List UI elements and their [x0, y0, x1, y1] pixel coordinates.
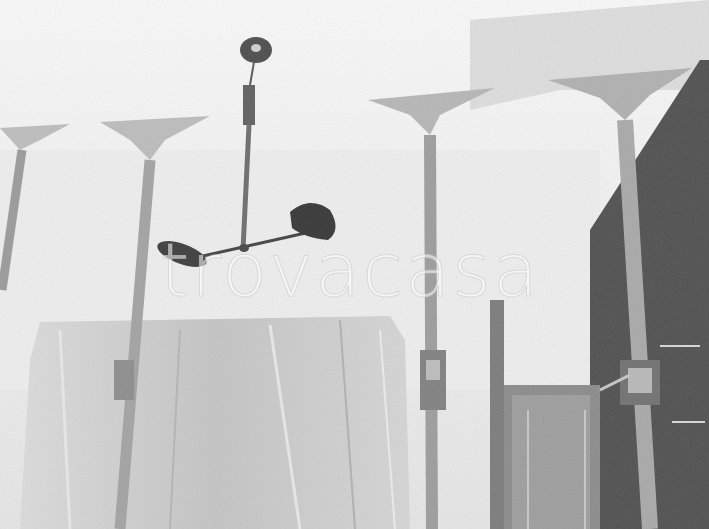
scene-illustration — [0, 0, 709, 529]
plastic-wrapped-furniture — [20, 316, 410, 529]
room-photo: trovacasa — [0, 0, 709, 529]
door-panel — [512, 395, 590, 529]
